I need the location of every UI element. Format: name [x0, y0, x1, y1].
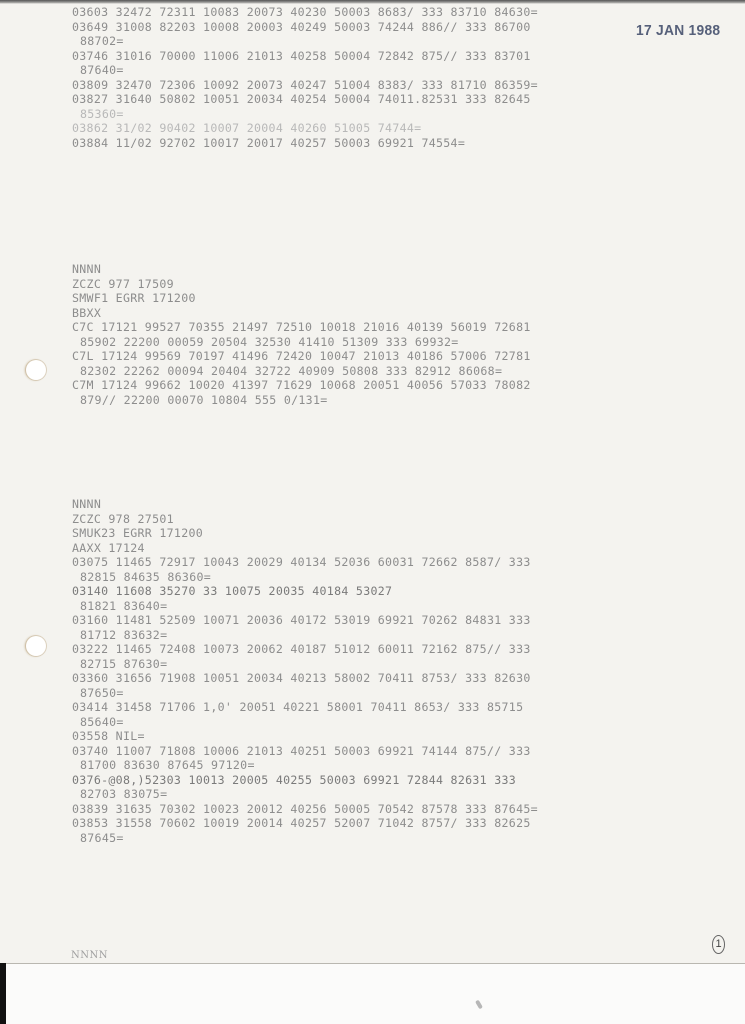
report-continuation-line: 87645=: [72, 831, 538, 846]
synop-block-continuation: 03603 32472 72311 10083 20073 40230 5000…: [72, 5, 538, 150]
report-line: 03603 32472 72311 10083 20073 40230 5000…: [72, 5, 538, 20]
report-line: 03414 31458 71706 1,0' 20051 40221 58001…: [72, 700, 538, 715]
report-line: 03222 11465 72408 10073 20062 40187 5101…: [72, 642, 538, 657]
report-line: NNNN: [72, 497, 538, 512]
uk-synop-block: NNNNZCZC 978 27501SMUK23 EGRR 171200AAXX…: [72, 497, 538, 845]
report-line: AAXX 17124: [72, 541, 538, 556]
report-line: 03746 31016 70000 11006 21013 40258 5000…: [72, 49, 538, 64]
report-line: 03649 31008 82203 10008 20003 40249 5000…: [72, 20, 538, 35]
report-line: ZCZC 977 17509: [72, 277, 531, 292]
scan-top-edge: [0, 0, 745, 4]
report-line: C7L 17124 99569 70197 41496 72420 10047 …: [72, 349, 531, 364]
ship-report-block: NNNNZCZC 977 17509SMWF1 EGRR 171200BBXXC…: [72, 262, 531, 407]
date-stamp: 17 JAN 1988: [636, 22, 720, 39]
report-line: 03809 32470 72306 10092 20073 40247 5100…: [72, 78, 538, 93]
report-line: 03360 31656 71908 10051 20034 40213 5800…: [72, 671, 538, 686]
report-line: 03558 NIL=: [72, 729, 538, 744]
report-continuation-line: 82815 84635 86360=: [72, 570, 538, 585]
report-line: 03160 11481 52509 10071 20036 40172 5301…: [72, 613, 538, 628]
report-line: 03740 11007 71808 10006 21013 40251 5000…: [72, 744, 538, 759]
report-continuation-line: 87640=: [72, 63, 538, 78]
report-line: 0376-@08,)52303 10013 20005 40255 50003 …: [72, 773, 538, 788]
report-line: SMWF1 EGRR 171200: [72, 291, 531, 306]
report-line: 03075 11465 72917 10043 20029 40134 5203…: [72, 555, 538, 570]
report-continuation-line: 82703 83075=: [72, 787, 538, 802]
report-line: 03884 11/02 92702 10017 20017 40257 5000…: [72, 136, 538, 151]
report-line: C7C 17121 99527 70355 21497 72510 10018 …: [72, 320, 531, 335]
report-line: 03839 31635 70302 10023 20012 40256 5000…: [72, 802, 538, 817]
punch-hole-lower: [26, 636, 46, 656]
report-line: ZCZC 978 27501: [72, 512, 538, 527]
report-continuation-line: 81821 83640=: [72, 599, 538, 614]
report-line: 03140 11608 35270 33 10075 20035 40184 5…: [72, 584, 538, 599]
report-continuation-line: 82302 22262 00094 20404 32722 40909 5080…: [72, 364, 531, 379]
report-continuation-line: 81700 83630 87645 97120=: [72, 758, 538, 773]
report-continuation-line: 85902 22200 00059 20504 32530 41410 5130…: [72, 335, 531, 350]
report-continuation-line: 81712 83632=: [72, 628, 538, 643]
teleprinter-sheet: 17 JAN 1988 03603 32472 72311 10083 2007…: [0, 0, 745, 964]
report-line: NNNN: [72, 262, 531, 277]
end-of-message-marker: NNNN: [71, 950, 108, 961]
punch-hole-upper: [26, 360, 46, 380]
report-line: C7M 17124 99662 10020 41397 71629 10068 …: [72, 378, 531, 393]
report-line: BBXX: [72, 306, 531, 321]
report-continuation-line: 82715 87630=: [72, 657, 538, 672]
report-line: 03862 31/02 90402 10007 20004 40260 5100…: [72, 121, 538, 136]
report-continuation-line: 87650=: [72, 686, 538, 701]
report-continuation-line: 88702=: [72, 34, 538, 49]
report-continuation-line: 85360=: [72, 107, 538, 122]
report-line: SMUK23 EGRR 171200: [72, 526, 538, 541]
handwritten-page-number: 1: [712, 935, 725, 954]
report-line: 03827 31640 50802 10051 20034 40254 5000…: [72, 92, 538, 107]
report-line: 03853 31558 70602 10019 20014 40257 5200…: [72, 816, 538, 831]
report-continuation-line: 85640=: [72, 715, 538, 730]
scanner-background: [6, 964, 745, 1024]
report-continuation-line: 879// 22200 00070 10804 555 0/131=: [72, 393, 531, 408]
